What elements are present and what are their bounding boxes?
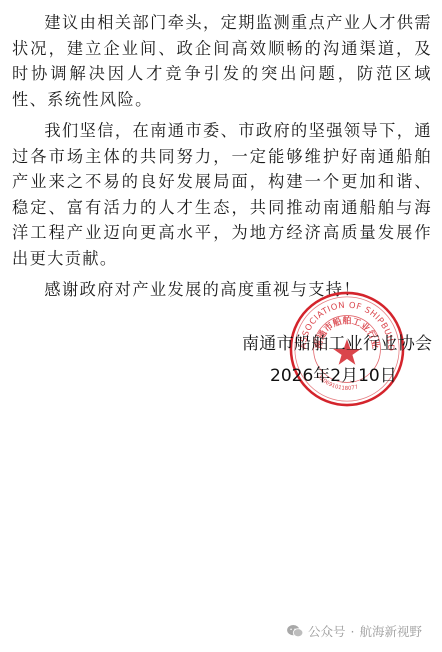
wechat-icon bbox=[286, 624, 304, 638]
footer-label: 公众号 bbox=[308, 622, 346, 640]
paragraph-belief: 我们坚信，在南通市委、市政府的坚强领导下，通过各市场主体的共同努力，一定能够维护… bbox=[12, 118, 432, 271]
watermark-footer: 公众号 · 航海新视野 bbox=[286, 622, 422, 640]
signature-organization: 南通市船舶工业行业协会 bbox=[242, 329, 432, 354]
signature-date: 2026年2月10日 bbox=[270, 361, 397, 386]
footer-account-name[interactable]: 航海新视野 bbox=[360, 622, 423, 640]
paragraph-recommendation: 建议由相关部门牵头，定期监测重点产业人才供需状况，建立企业间、政企间高效顺畅的沟… bbox=[12, 10, 432, 112]
footer-separator: · bbox=[351, 624, 355, 639]
letter-body: 建议由相关部门牵头，定期监测重点产业人才供需状况，建立企业间、政企间高效顺畅的沟… bbox=[12, 10, 432, 303]
